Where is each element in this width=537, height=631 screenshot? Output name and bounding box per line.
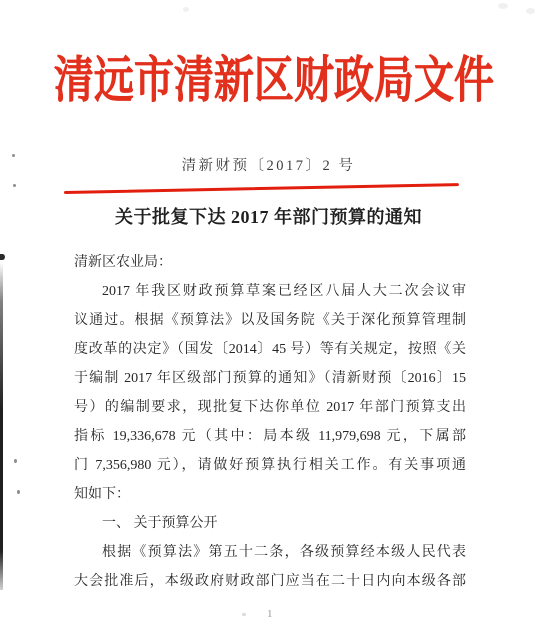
body-line: 门 7,356,980 元），请做好预算执行相关工作。有关事项通 [74,451,466,480]
document-number: 清新财预〔2017〕2 号 [0,154,537,175]
body-line: 议通过。根据《预算法》以及国务院《关于深化预算管理制 [74,306,466,335]
scan-dot-artifact [0,254,5,260]
body-line: 知如下： [74,480,466,509]
scanned-document-page: 清远市清新区财政局文件 清新财预〔2017〕2 号 关于批复下达 2017 年部… [0,0,537,631]
scan-speck [14,459,17,463]
scan-smudge [498,3,508,9]
document-body: 清新区农业局： 2017 年我区财政预算草案已经区八届人大二次会议审 议通过。根… [74,248,466,596]
body-line-section-heading: 一、 关于预算公开 [74,509,466,538]
body-line: 度改革的决定》（国发〔2014〕45 号）等有关规定，按照《关 [74,335,466,364]
scan-smudge [526,8,535,14]
scan-speck [17,490,20,494]
red-divider-line [64,183,459,194]
body-line-salutation: 清新区农业局： [74,248,466,277]
body-line: 大会批准后，本级政府财政部门应当在二十日内向本级各部 [74,567,466,596]
body-line: 号）的编制要求，现批复下达你单位 2017 年部门预算支出 [74,393,466,422]
page-number: 1 [267,608,273,620]
scan-speck [13,184,16,187]
body-line: 2017 年我区财政预算草案已经区八届人大二次会议审 [74,277,466,306]
scan-smudge [183,7,189,12]
body-line: 指标 19,336,678 元（其中：局本级 11,979,698 元，下属部 [74,422,466,451]
body-line: 于编制 2017 年区级部门预算的通知》（清新财预〔2016〕15 [74,364,466,393]
agency-letterhead: 清远市清新区财政局文件 [54,52,484,108]
scan-speck [242,613,246,616]
body-line: 根据《预算法》第五十二条，各级预算经本级人民代表 [74,538,466,567]
document-title: 关于批复下达 2017 年部门预算的通知 [0,203,537,229]
scan-edge-artifact [0,262,3,590]
